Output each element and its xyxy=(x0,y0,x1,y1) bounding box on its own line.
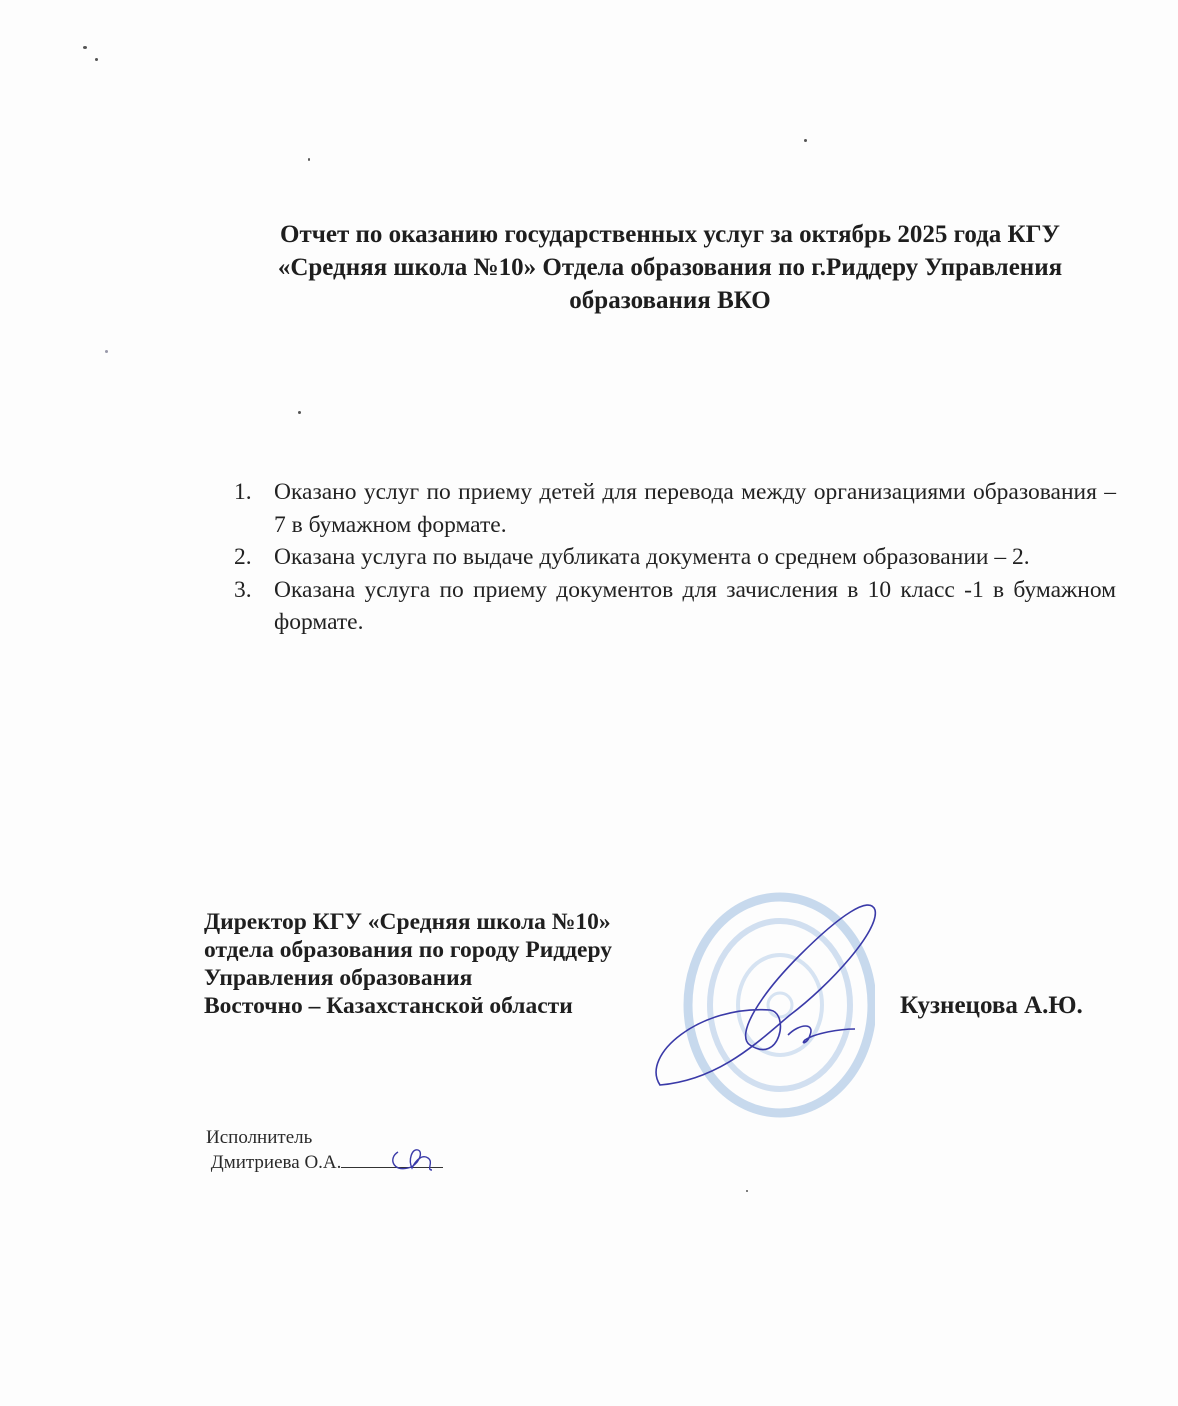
director-signature-icon xyxy=(640,895,880,1105)
title-line-3: образования ВКО xyxy=(200,284,1140,317)
scan-speck xyxy=(298,411,301,414)
list-item: 2. Оказана услуга по выдаче дубликата до… xyxy=(232,541,1116,574)
document-title: Отчет по оказанию государственных услуг … xyxy=(200,218,1140,317)
item-number: 2. xyxy=(234,541,252,574)
director-name: Кузнецова А.Ю. xyxy=(900,992,1083,1020)
title-line-1: Отчет по оказанию государственных услуг … xyxy=(200,218,1140,251)
item-number: 3. xyxy=(234,574,252,607)
scan-speck xyxy=(105,350,108,353)
scan-speck xyxy=(746,1190,748,1192)
signature-block: Директор КГУ «Средняя школа №10» отдела … xyxy=(204,908,612,1020)
position-line-4: Восточно – Казахстанской области xyxy=(204,992,612,1020)
item-text: Оказана услуга по приему документов для … xyxy=(274,577,1116,636)
position-line-1: Директор КГУ «Средняя школа №10» xyxy=(204,908,612,936)
list-item: 1. Оказано услуг по приему детей для пер… xyxy=(232,476,1116,541)
executor-signature-icon xyxy=(388,1146,444,1176)
title-line-2: «Средняя школа №10» Отдела образования п… xyxy=(200,251,1140,284)
position-line-3: Управления образования xyxy=(204,964,612,992)
position-line-2: отдела образования по городу Риддеру xyxy=(204,936,612,964)
services-list: 1. Оказано услуг по приему детей для пер… xyxy=(232,476,1116,639)
scan-speck xyxy=(804,139,807,142)
item-text: Оказана услуга по выдаче дубликата докум… xyxy=(274,544,1030,570)
scan-speck xyxy=(95,58,98,61)
executor-name: Дмитриева О.А. xyxy=(211,1152,342,1173)
list-item: 3. Оказана услуга по приему документов д… xyxy=(232,574,1116,639)
scan-speck xyxy=(83,46,87,49)
item-number: 1. xyxy=(234,476,252,509)
item-text: Оказано услуг по приему детей для перево… xyxy=(274,479,1116,538)
scan-speck xyxy=(308,158,310,161)
